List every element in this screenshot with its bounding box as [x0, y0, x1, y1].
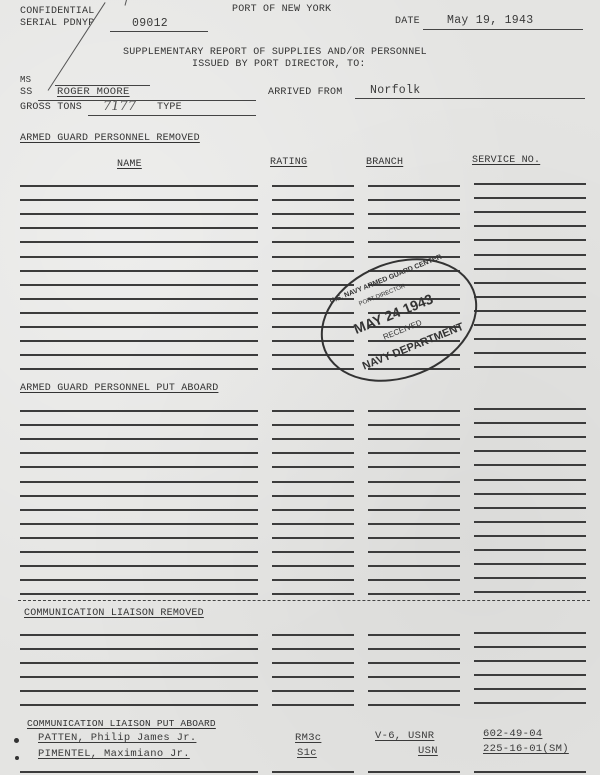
blank-row-line	[20, 662, 258, 664]
blank-row-line	[474, 183, 586, 185]
section-title-communication-liaison-put-aboard: COMMUNICATION LIAISON PUT ABOARD	[27, 718, 216, 729]
blank-row-line	[368, 213, 460, 215]
blank-row-line	[272, 410, 354, 412]
blank-row-line	[368, 241, 460, 243]
blank-row-line	[20, 523, 258, 525]
blank-row-line	[20, 424, 258, 426]
report-title-line2: ISSUED BY PORT DIRECTOR, TO:	[192, 59, 366, 70]
date-field-line	[423, 29, 583, 30]
gross-tons-label: GROSS TONS	[20, 102, 82, 113]
blank-row-line	[474, 310, 586, 312]
blank-row-line	[368, 438, 460, 440]
navy-department-received-stamp: U.S. NAVY ARMED GUARD CENTER PORT DIRECT…	[302, 236, 496, 404]
arrived-from-value: Norfolk	[370, 84, 420, 97]
blank-row-line	[20, 227, 258, 229]
blank-row-line	[272, 438, 354, 440]
blank-row-line	[20, 537, 258, 539]
serial-field-line	[110, 31, 208, 32]
blank-row-line	[474, 521, 586, 523]
gross-tons-value: 7177	[103, 99, 136, 114]
blank-row-line	[368, 551, 460, 553]
blank-row-line	[368, 523, 460, 525]
row-name: PATTEN, Philip James Jr.	[38, 732, 196, 744]
blank-row-line	[368, 662, 460, 664]
blank-row-line	[272, 495, 354, 497]
blank-row-line	[20, 241, 258, 243]
serial-label: SERIAL PDNYP	[20, 18, 94, 29]
blank-row-line	[20, 270, 258, 272]
blank-row-line	[368, 579, 460, 581]
blank-row-line	[20, 648, 258, 650]
blank-row-line	[20, 481, 258, 483]
blank-row-line	[368, 185, 460, 187]
row-rating: S1c	[297, 747, 317, 759]
blank-row-line	[474, 464, 586, 466]
arrived-from-field-line	[355, 98, 585, 99]
blank-row-line	[368, 424, 460, 426]
blank-row-line	[474, 197, 586, 199]
blank-row-line	[272, 537, 354, 539]
row-service-no: 602-49-04	[483, 728, 542, 740]
blank-row-line	[272, 551, 354, 553]
blank-row-line	[20, 771, 258, 773]
column-header-rating: RATING	[270, 157, 307, 168]
section-divider	[18, 600, 590, 601]
gross-tons-field-line	[88, 115, 256, 116]
blank-row-line	[272, 690, 354, 692]
blank-row-line	[272, 648, 354, 650]
blank-row-line	[474, 211, 586, 213]
blank-row-line	[474, 771, 586, 773]
blank-row-line	[20, 185, 258, 187]
blank-row-line	[474, 324, 586, 326]
blank-row-line	[20, 509, 258, 511]
blank-row-line	[368, 410, 460, 412]
blank-row-line	[368, 593, 460, 595]
blank-row-line	[474, 507, 586, 509]
blank-row-line	[474, 674, 586, 676]
serial-value: 09012	[132, 17, 168, 30]
blank-row-line	[272, 565, 354, 567]
blank-row-line	[474, 702, 586, 704]
blank-row-line	[272, 424, 354, 426]
blank-row-line	[474, 282, 586, 284]
blank-row-line	[474, 479, 586, 481]
blank-row-line	[474, 549, 586, 551]
blank-row-line	[474, 296, 586, 298]
blank-row-line	[20, 466, 258, 468]
blank-row-line	[368, 676, 460, 678]
blank-row-line	[474, 352, 586, 354]
blank-row-line	[474, 577, 586, 579]
blank-row-line	[20, 438, 258, 440]
blank-row-line	[272, 704, 354, 706]
blank-row-line	[368, 509, 460, 511]
blank-row-line	[474, 493, 586, 495]
blank-row-line	[368, 481, 460, 483]
blank-row-line	[368, 565, 460, 567]
blank-row-line	[368, 648, 460, 650]
document-page: CONFIDENTIAL SERIAL PDNYP 09012 PORT OF …	[0, 0, 600, 775]
type-label: TYPE	[157, 102, 182, 113]
blank-row-line	[20, 551, 258, 553]
blank-row-line	[368, 690, 460, 692]
blank-row-line	[272, 227, 354, 229]
pen-stroke	[125, 0, 131, 6]
row-name: PIMENTEL, Maximiano Jr.	[38, 748, 190, 760]
blank-row-line	[474, 450, 586, 452]
blank-row-line	[20, 326, 258, 328]
blank-row-line	[272, 199, 354, 201]
blank-row-line	[272, 466, 354, 468]
blank-row-line	[272, 662, 354, 664]
blank-row-line	[474, 239, 586, 241]
blank-row-line	[272, 481, 354, 483]
blank-row-line	[20, 690, 258, 692]
blank-row-line	[20, 704, 258, 706]
blank-row-line	[474, 591, 586, 593]
blank-row-line	[272, 634, 354, 636]
blank-row-line	[20, 312, 258, 314]
blank-row-line	[368, 537, 460, 539]
column-header-service-no: SERVICE NO.	[472, 155, 540, 166]
section-title-armed-guard-removed: ARMED GUARD PERSONNEL REMOVED	[20, 133, 200, 144]
blank-row-line	[20, 368, 258, 370]
blank-row-line	[20, 354, 258, 356]
row-rating: RM3c	[295, 732, 321, 744]
blank-row-line	[20, 298, 258, 300]
report-title-line1: SUPPLEMENTARY REPORT OF SUPPLIES AND/OR …	[123, 47, 427, 58]
blank-row-line	[20, 199, 258, 201]
blank-row-line	[474, 563, 586, 565]
blank-row-line	[272, 523, 354, 525]
blank-row-line	[474, 632, 586, 634]
blank-row-line	[368, 771, 460, 773]
blank-row-line	[474, 660, 586, 662]
column-header-name: NAME	[117, 159, 142, 170]
blank-row-line	[20, 593, 258, 595]
blank-row-line	[474, 422, 586, 424]
blank-row-line	[474, 254, 586, 256]
blank-row-line	[20, 284, 258, 286]
blank-row-line	[368, 634, 460, 636]
blank-row-line	[368, 466, 460, 468]
blank-row-line	[474, 535, 586, 537]
row-service-no: 225-16-01(SM)	[483, 743, 569, 755]
section-title-armed-guard-put-aboard: ARMED GUARD PERSONNEL PUT ABOARD	[20, 383, 218, 394]
blank-row-line	[272, 579, 354, 581]
blank-row-line	[272, 241, 354, 243]
blank-row-line	[272, 771, 354, 773]
arrived-from-label: ARRIVED FROM	[268, 87, 342, 98]
blank-row-line	[474, 646, 586, 648]
blank-row-line	[20, 676, 258, 678]
hole-punch-mark	[15, 756, 19, 760]
blank-row-line	[20, 213, 258, 215]
blank-row-line	[272, 452, 354, 454]
blank-row-line	[272, 213, 354, 215]
blank-row-line	[368, 199, 460, 201]
row-branch: USN	[418, 745, 438, 757]
blank-row-line	[272, 256, 354, 258]
blank-row-line	[474, 366, 586, 368]
blank-row-line	[474, 268, 586, 270]
blank-row-line	[474, 338, 586, 340]
blank-row-line	[20, 634, 258, 636]
blank-row-line	[368, 704, 460, 706]
blank-row-line	[474, 688, 586, 690]
blank-row-line	[272, 284, 354, 286]
ss-label: SS	[20, 87, 32, 98]
blank-row-line	[272, 676, 354, 678]
blank-row-line	[272, 185, 354, 187]
column-header-branch: BRANCH	[366, 157, 403, 168]
ms-label: MS	[20, 75, 31, 85]
blank-row-line	[368, 495, 460, 497]
classification-label: CONFIDENTIAL	[20, 6, 94, 17]
blank-row-line	[20, 495, 258, 497]
section-title-communication-liaison-removed: COMMUNICATION LIAISON REMOVED	[24, 608, 204, 619]
blank-row-line	[20, 452, 258, 454]
blank-row-line	[272, 270, 354, 272]
date-value: May 19, 1943	[447, 14, 533, 27]
port-label: PORT OF NEW YORK	[232, 4, 331, 15]
blank-row-line	[20, 565, 258, 567]
hole-punch-mark	[14, 738, 19, 743]
blank-row-line	[368, 227, 460, 229]
date-label: DATE	[395, 16, 420, 27]
ss-field-line	[38, 100, 256, 101]
blank-row-line	[272, 509, 354, 511]
blank-row-line	[20, 579, 258, 581]
blank-row-line	[368, 452, 460, 454]
ss-value: ROGER MOORE	[57, 86, 130, 98]
blank-row-line	[272, 593, 354, 595]
blank-row-line	[474, 225, 586, 227]
blank-row-line	[20, 340, 258, 342]
blank-row-line	[474, 436, 586, 438]
blank-row-line	[20, 256, 258, 258]
blank-row-line	[20, 410, 258, 412]
blank-row-line	[474, 408, 586, 410]
row-branch: V-6, USNR	[375, 730, 434, 742]
